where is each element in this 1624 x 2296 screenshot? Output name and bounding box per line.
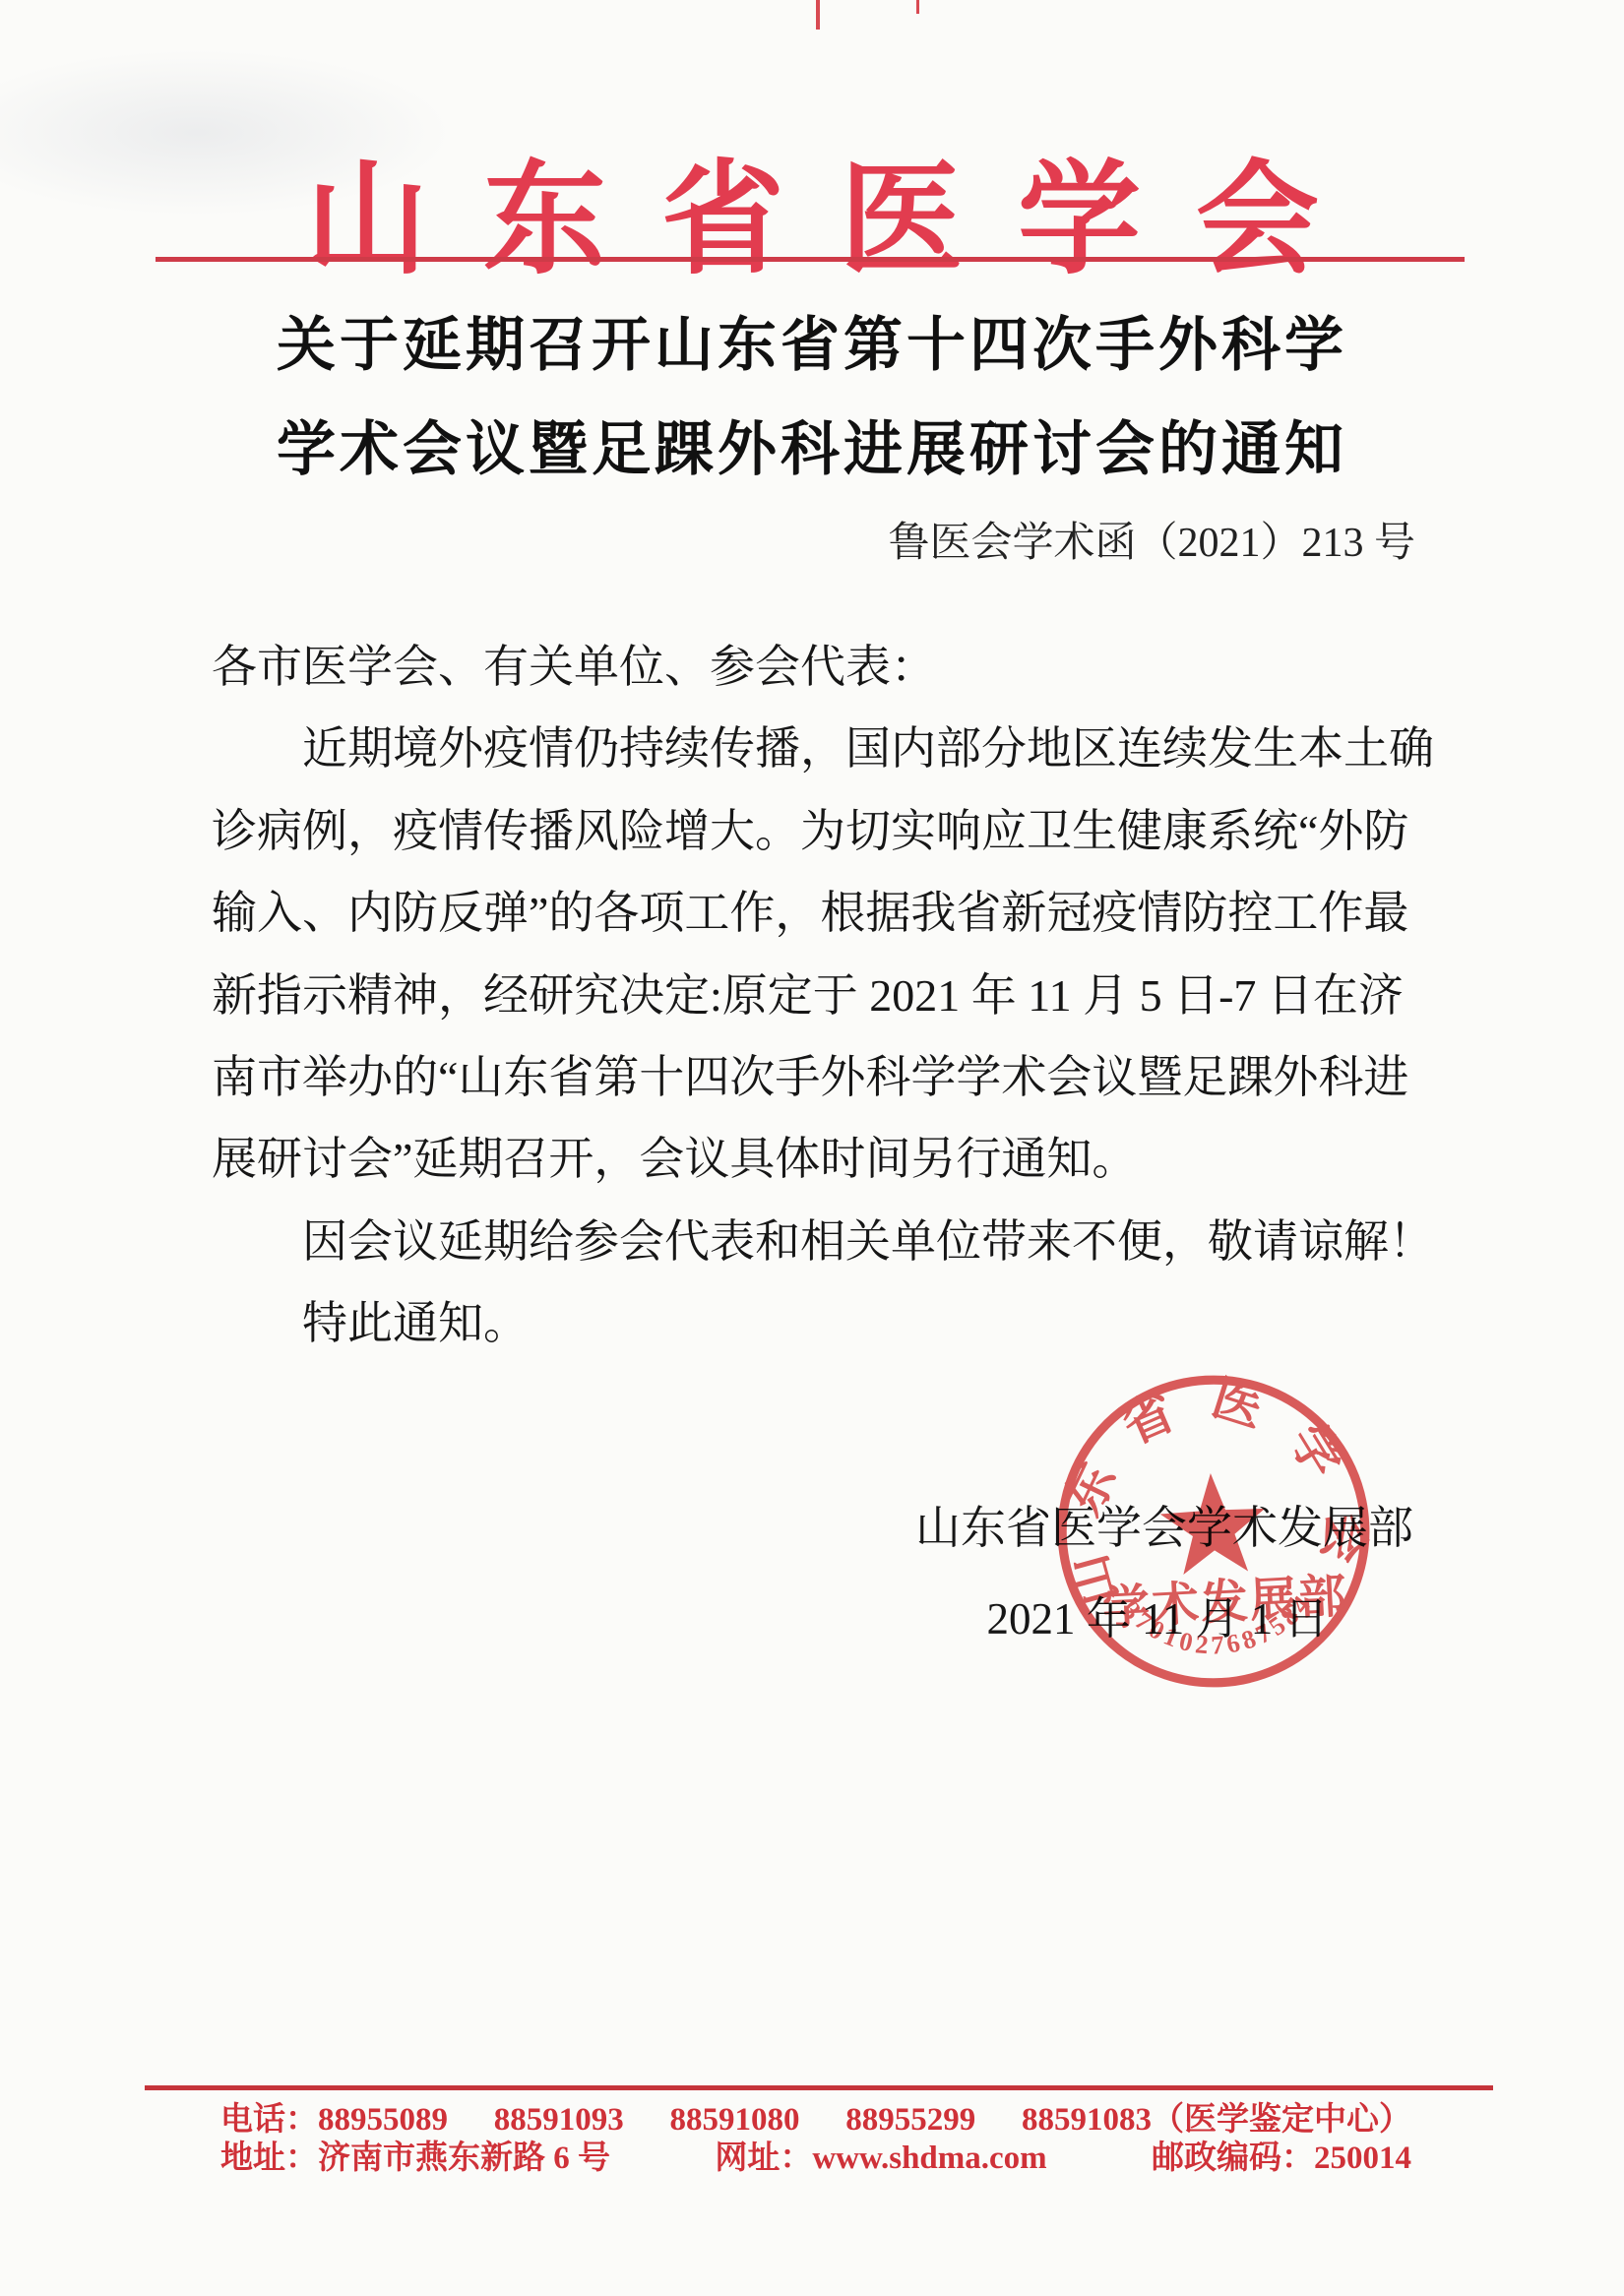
official-seal-stamp: 山东省医学会 学术发展部 3701027687584 xyxy=(1045,1363,1383,1701)
scan-artifact-tick xyxy=(816,0,820,30)
footer-address-row: 地址：济南市燕东新路 6 号 网址：www.shdma.com 邮政编码：250… xyxy=(220,2139,1411,2178)
body-line: 展研讨会”延期召开，会议具体时间另行通知。 xyxy=(212,1118,1432,1200)
footer-phone: 88955299 xyxy=(845,2100,975,2140)
footer-address: 地址：济南市燕东新路 6 号 xyxy=(220,2139,610,2178)
scan-artifact-tick xyxy=(916,0,919,14)
body-line: 诊病例，疫情传播风险增大。为切实响应卫生健康系统“外防 xyxy=(212,790,1432,872)
document-title-line1: 关于延期召开山东省第十四次手外科学 xyxy=(0,293,1624,398)
footer-phone: 88591080 xyxy=(670,2100,800,2140)
footer-website: 网址：www.shdma.com xyxy=(715,2139,1046,2178)
body-line: 特此通知。 xyxy=(212,1282,1432,1364)
letterhead-divider xyxy=(156,257,1465,262)
document-title-line2: 学术会议暨足踝外科进展研讨会的通知 xyxy=(0,398,1624,502)
body-line: 输入、内防反弹”的各项工作，根据我省新冠疫情防控工作最 xyxy=(212,872,1432,954)
document-page: 山东省医学会 关于延期召开山东省第十四次手外科学 学术会议暨足踝外科进展研讨会的… xyxy=(0,0,1624,2296)
salutation: 各市医学会、有关单位、参会代表： xyxy=(212,626,1432,708)
document-body: 各市医学会、有关单位、参会代表： 近期境外疫情仍持续传播，国内部分地区连续发生本… xyxy=(212,626,1432,1365)
footer-phone-appraisal-center: 88591083（医学鉴定中心） xyxy=(1022,2100,1411,2140)
document-title: 关于延期召开山东省第十四次手外科学 学术会议暨足踝外科进展研讨会的通知 xyxy=(0,293,1624,502)
body-line: 近期境外疫情仍持续传播，国内部分地区连续发生本土确 xyxy=(212,708,1432,789)
body-line: 因会议延期给参会代表和相关单位带来不便，敬请谅解！ xyxy=(212,1201,1432,1282)
footer-postcode: 邮政编码：250014 xyxy=(1152,2139,1411,2178)
footer-divider xyxy=(145,2085,1493,2090)
body-line: 新指示精神，经研究决定:原定于 2021 年 11 月 5 日-7 日在济 xyxy=(212,955,1432,1036)
footer-phone-row: 电话：88955089 88591093 88591080 88955299 8… xyxy=(220,2100,1411,2140)
footer-phone: 88591093 xyxy=(494,2100,624,2140)
seal-star-icon xyxy=(1158,1470,1269,1576)
letterhead-org-name: 山东省医学会 xyxy=(0,120,1624,297)
footer-phone-label: 电话：88955089 xyxy=(220,2100,448,2140)
body-line: 南市举办的“山东省第十四次手外科学学术会议暨足踝外科进 xyxy=(212,1036,1432,1118)
reference-number: 鲁医会学术函（2021）213 号 xyxy=(888,510,1415,569)
